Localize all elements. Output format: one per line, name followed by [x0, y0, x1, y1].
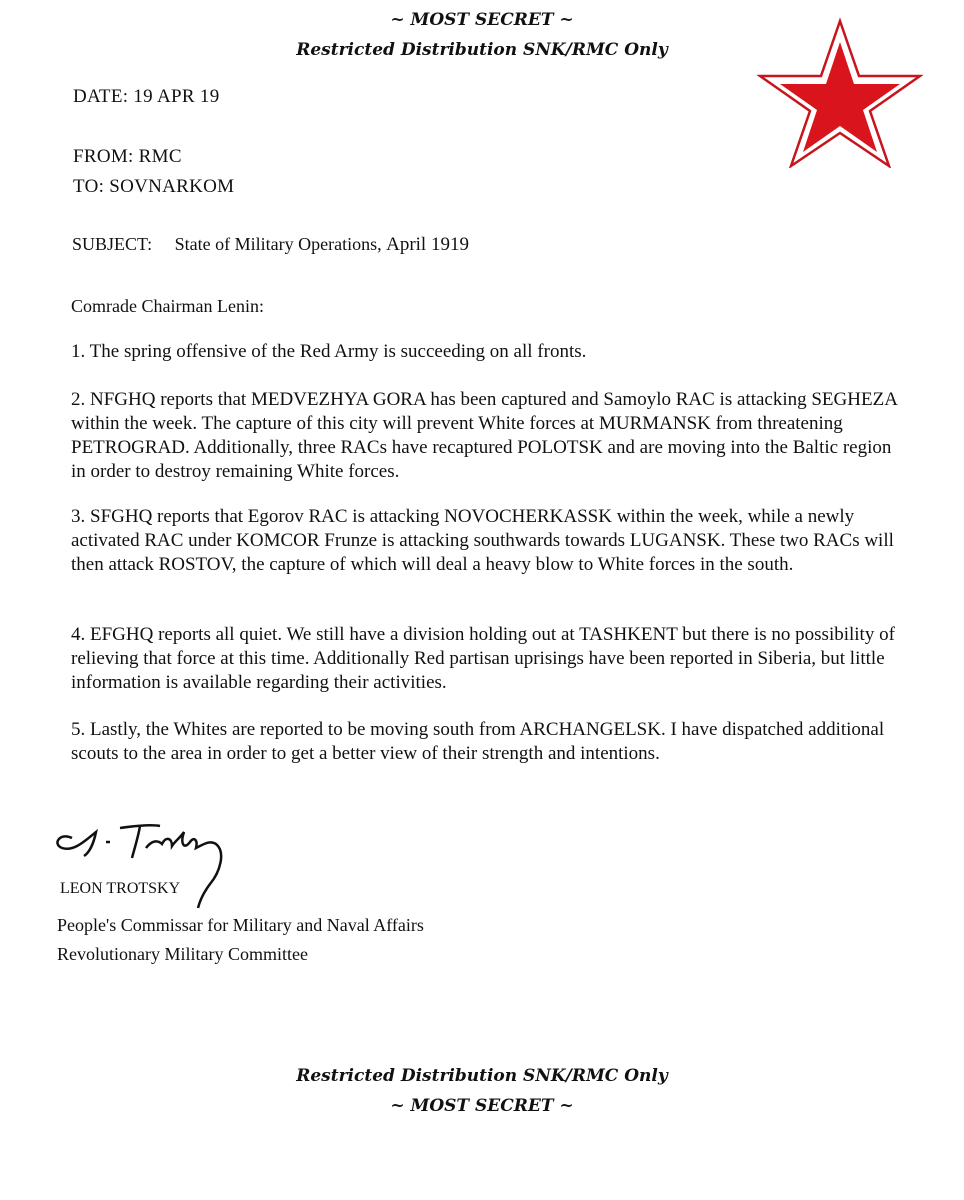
red-star-icon: [757, 18, 923, 168]
signatory-organization: Revolutionary Military Committee: [57, 944, 308, 965]
paragraph-2: 2. NFGHQ reports that MEDVEZHYA GORA has…: [71, 388, 901, 484]
paragraph-4: 4. EFGHQ reports all quiet. We still hav…: [71, 623, 901, 695]
memo-to: TO: SOVNARKOM: [73, 176, 234, 198]
classification-footer: ~ MOST SECRET ~: [0, 1096, 964, 1116]
subject-value: State of Military Operations,: [175, 234, 382, 254]
paragraph-1: 1. The spring offensive of the Red Army …: [71, 340, 901, 364]
memo-subject: SUBJECT: State of Military Operations, A…: [72, 234, 469, 256]
paragraph-5: 5. Lastly, the Whites are reported to be…: [71, 718, 901, 766]
signatory-name: LEON TROTSKY: [60, 880, 180, 898]
subject-label: SUBJECT:: [72, 234, 152, 254]
distribution-footer: Restricted Distribution SNK/RMC Only: [0, 1066, 964, 1086]
memo-from: FROM: RMC: [73, 146, 182, 168]
paragraph-3: 3. SFGHQ reports that Egorov RAC is atta…: [71, 505, 901, 577]
salutation: Comrade Chairman Lenin:: [71, 294, 901, 318]
memo-date: DATE: 19 APR 19: [73, 86, 220, 108]
subject-date: April 1919: [386, 234, 469, 255]
signatory-title: People's Commissar for Military and Nava…: [57, 915, 424, 936]
signature-icon: [50, 822, 240, 912]
